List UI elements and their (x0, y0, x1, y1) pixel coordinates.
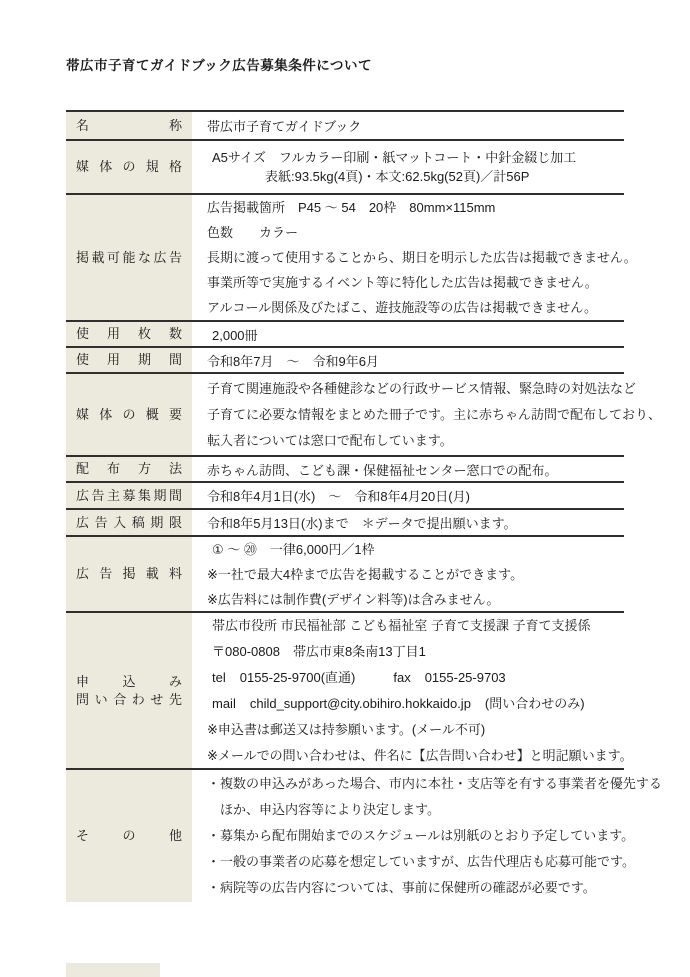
table-row-allowed-ads: 掲 載 可 能 な 広 告 広告掲載箇所 P45 ～ 54 20枠 80mm×1… (66, 195, 624, 322)
content-line: 赤ちゃん訪問、こども課・保健福祉センター窓口での配布。 (207, 460, 622, 479)
row-label: 広 告 主 募 集 期 間 (76, 487, 182, 505)
content-line: ※一社で最大4枠まで広告を掲載することができます。 (207, 562, 622, 587)
mail-note: (問い合わせのみ) (485, 691, 585, 717)
fax-value: 0155-25-9703 (425, 665, 506, 691)
tel-label: tel (212, 665, 226, 691)
row-label: 使 用 期 間 (76, 351, 182, 369)
row-label-cell: 配 布 方 法 (66, 457, 192, 481)
table-row-copies: 使 用 枚 数 2,000冊 (66, 322, 624, 348)
content-line: ・複数の申込みがあった場合、市内に本社・支店等を有する事業者を優先する (207, 771, 662, 797)
row-label: 配 布 方 法 (76, 460, 182, 478)
content-line: 令和8年7月 ～ 令和9年6月 (207, 351, 622, 370)
row-content-cell: 広告掲載箇所 P45 ～ 54 20枠 80mm×115mm 色数 カラー 長期… (192, 195, 639, 320)
content-line: 子育てに必要な情報をまとめた冊子です。主に赤ちゃん訪問で配布しており、 (207, 402, 661, 428)
content-line: ① ～ ⑳ 一律6,000円／1枠 (212, 537, 622, 562)
content-line: 〒080-0808 帯広市東8条南13丁目1 (212, 639, 633, 665)
content-line: 2,000冊 (212, 325, 622, 344)
content-line: 色数 カラー (207, 220, 637, 245)
row-label-cell: そ の 他 (66, 770, 192, 902)
row-content-cell: 赤ちゃん訪問、こども課・保健福祉センター窓口での配布。 (192, 457, 624, 481)
page-title: 帯広市子育てガイドブック広告募集条件について (66, 54, 372, 74)
row-label-cell: 申 込 み 問 い 合 わ せ 先 (66, 613, 192, 768)
row-content-cell: 2,000冊 (192, 322, 624, 346)
table-row-name: 名 称 帯広市子育てガイドブック (66, 112, 624, 141)
table-row-distribution: 配 布 方 法 赤ちゃん訪問、こども課・保健福祉センター窓口での配布。 (66, 457, 624, 483)
content-line: ※申込書は郵送又は持参願います。(メール不可) (207, 717, 633, 743)
row-label: 広 告 入 稿 期 限 (76, 514, 182, 532)
table-row-media-overview: 媒 体 の 概 要 子育て関連施設や各種健診などの行政サービス情報、緊急時の対処… (66, 374, 624, 457)
row-label-cell: 使 用 枚 数 (66, 322, 192, 346)
content-line: アルコール関係及びたばこ、遊技施設等の広告は掲載できません。 (207, 295, 637, 320)
row-label-cell: 掲 載 可 能 な 広 告 (66, 195, 192, 320)
table-row-ad-fee: 広 告 掲 載 料 ① ～ ⑳ 一律6,000円／1枠 ※一社で最大4枠まで広告… (66, 537, 624, 613)
content-line: 帯広市役所 市民福祉部 こども福祉室 子育て支援課 子育て支援係 (212, 613, 633, 639)
row-label: 申 込 み (76, 673, 182, 691)
content-line: 帯広市子育てガイドブック (207, 116, 622, 135)
content-line: ・募集から配布開始までのスケジュールは別紙のとおり予定しています。 (207, 823, 662, 849)
content-line: 広告掲載箇所 P45 ～ 54 20枠 80mm×115mm (207, 195, 637, 220)
table-row-usage-period: 使 用 期 間 令和8年7月 ～ 令和9年6月 (66, 348, 624, 374)
row-label-cell: 広 告 掲 載 料 (66, 537, 192, 611)
fax-label: fax (393, 665, 410, 691)
content-line: ほか、申込内容等により決定します。 (207, 797, 662, 823)
row-label: 媒 体 の 規 格 (76, 158, 182, 176)
contact-tel-fax-line: tel0155-25-9700(直通)fax0155-25-9703 (212, 665, 633, 691)
row-content-cell: 帯広市子育てガイドブック (192, 112, 624, 139)
table-continuation-strip (66, 963, 160, 977)
content-line: ※広告料には制作費(デザイン料等)は含みません。 (207, 587, 622, 612)
row-label-cell: 名 称 (66, 112, 192, 139)
row-label: そ の 他 (76, 827, 182, 845)
table-row-media-spec: 媒 体 の 規 格 A5サイズ フルカラー印刷・紙マットコート・中針金綴じ加工 … (66, 141, 624, 195)
conditions-table: 名 称 帯広市子育てガイドブック 媒 体 の 規 格 A5サイズ フルカラー印刷… (66, 110, 624, 902)
content-line: 転入者については窓口で配布しています。 (207, 428, 661, 454)
row-content-cell: A5サイズ フルカラー印刷・紙マットコート・中針金綴じ加工 表紙:93.5kg(… (192, 141, 624, 193)
contact-mail-line: mailchild_support@city.obihiro.hokkaido.… (212, 691, 633, 717)
row-label: 使 用 枚 数 (76, 325, 182, 343)
content-line: 令和8年5月13日(水)まで ＊データで提出願います。 (207, 513, 622, 532)
row-label: 媒 体 の 概 要 (76, 406, 182, 424)
table-row-others: そ の 他 ・複数の申込みがあった場合、市内に本社・支店等を有する事業者を優先す… (66, 770, 624, 902)
content-line: ・病院等の広告内容については、事前に保健所の確認が必要です。 (207, 875, 662, 901)
document-page: 帯広市子育てガイドブック広告募集条件について 名 称 帯広市子育てガイドブック … (0, 0, 690, 977)
row-content-cell: 子育て関連施設や各種健診などの行政サービス情報、緊急時の対処法など 子育てに必要… (192, 374, 663, 455)
row-label-cell: 使 用 期 間 (66, 348, 192, 372)
content-line: ※メールでの問い合わせは、件名に【広告問い合わせ】と明記願います。 (207, 743, 633, 769)
content-line: 事業所等で実施するイベント等に特化した広告は掲載できません。 (207, 270, 637, 295)
mail-label: mail (212, 691, 236, 717)
row-label: 名 称 (76, 117, 182, 135)
content-line: 表紙:93.5kg(4頁)・本文:62.5kg(52頁)／計56P (265, 167, 622, 186)
content-line: ・一般の事業者の応募を想定していますが、広告代理店も応募可能です。 (207, 849, 662, 875)
table-row-application-contact: 申 込 み 問 い 合 わ せ 先 帯広市役所 市民福祉部 こども福祉室 子育て… (66, 613, 624, 770)
row-label-cell: 媒 体 の 概 要 (66, 374, 192, 455)
mail-value: child_support@city.obihiro.hokkaido.jp (250, 691, 471, 717)
table-row-submission-deadline: 広 告 入 稿 期 限 令和8年5月13日(水)まで ＊データで提出願います。 (66, 510, 624, 537)
row-content-cell: 令和8年7月 ～ 令和9年6月 (192, 348, 624, 372)
row-content-cell: ・複数の申込みがあった場合、市内に本社・支店等を有する事業者を優先する ほか、申… (192, 770, 664, 902)
row-label: 広 告 掲 載 料 (76, 565, 182, 583)
row-content-cell: 令和8年4月1日(水) ～ 令和8年4月20日(月) (192, 483, 624, 508)
row-label-cell: 媒 体 の 規 格 (66, 141, 192, 193)
content-line: 長期に渡って使用することから、期日を明示した広告は掲載できません。 (207, 245, 637, 270)
row-label: 掲 載 可 能 な 広 告 (76, 249, 182, 267)
content-line: A5サイズ フルカラー印刷・紙マットコート・中針金綴じ加工 (212, 148, 622, 167)
row-content-cell: ① ～ ⑳ 一律6,000円／1枠 ※一社で最大4枠まで広告を掲載することができ… (192, 537, 624, 611)
table-row-recruitment-period: 広 告 主 募 集 期 間 令和8年4月1日(水) ～ 令和8年4月20日(月) (66, 483, 624, 510)
row-content-cell: 帯広市役所 市民福祉部 こども福祉室 子育て支援課 子育て支援係 〒080-08… (192, 613, 635, 768)
row-label: 問 い 合 わ せ 先 (76, 691, 182, 709)
row-label-cell: 広 告 主 募 集 期 間 (66, 483, 192, 508)
row-label-cell: 広 告 入 稿 期 限 (66, 510, 192, 535)
content-line: 子育て関連施設や各種健診などの行政サービス情報、緊急時の対処法など (207, 376, 661, 402)
row-content-cell: 令和8年5月13日(水)まで ＊データで提出願います。 (192, 510, 624, 535)
content-line: 令和8年4月1日(水) ～ 令和8年4月20日(月) (207, 486, 622, 505)
tel-value: 0155-25-9700(直通) (240, 665, 356, 691)
